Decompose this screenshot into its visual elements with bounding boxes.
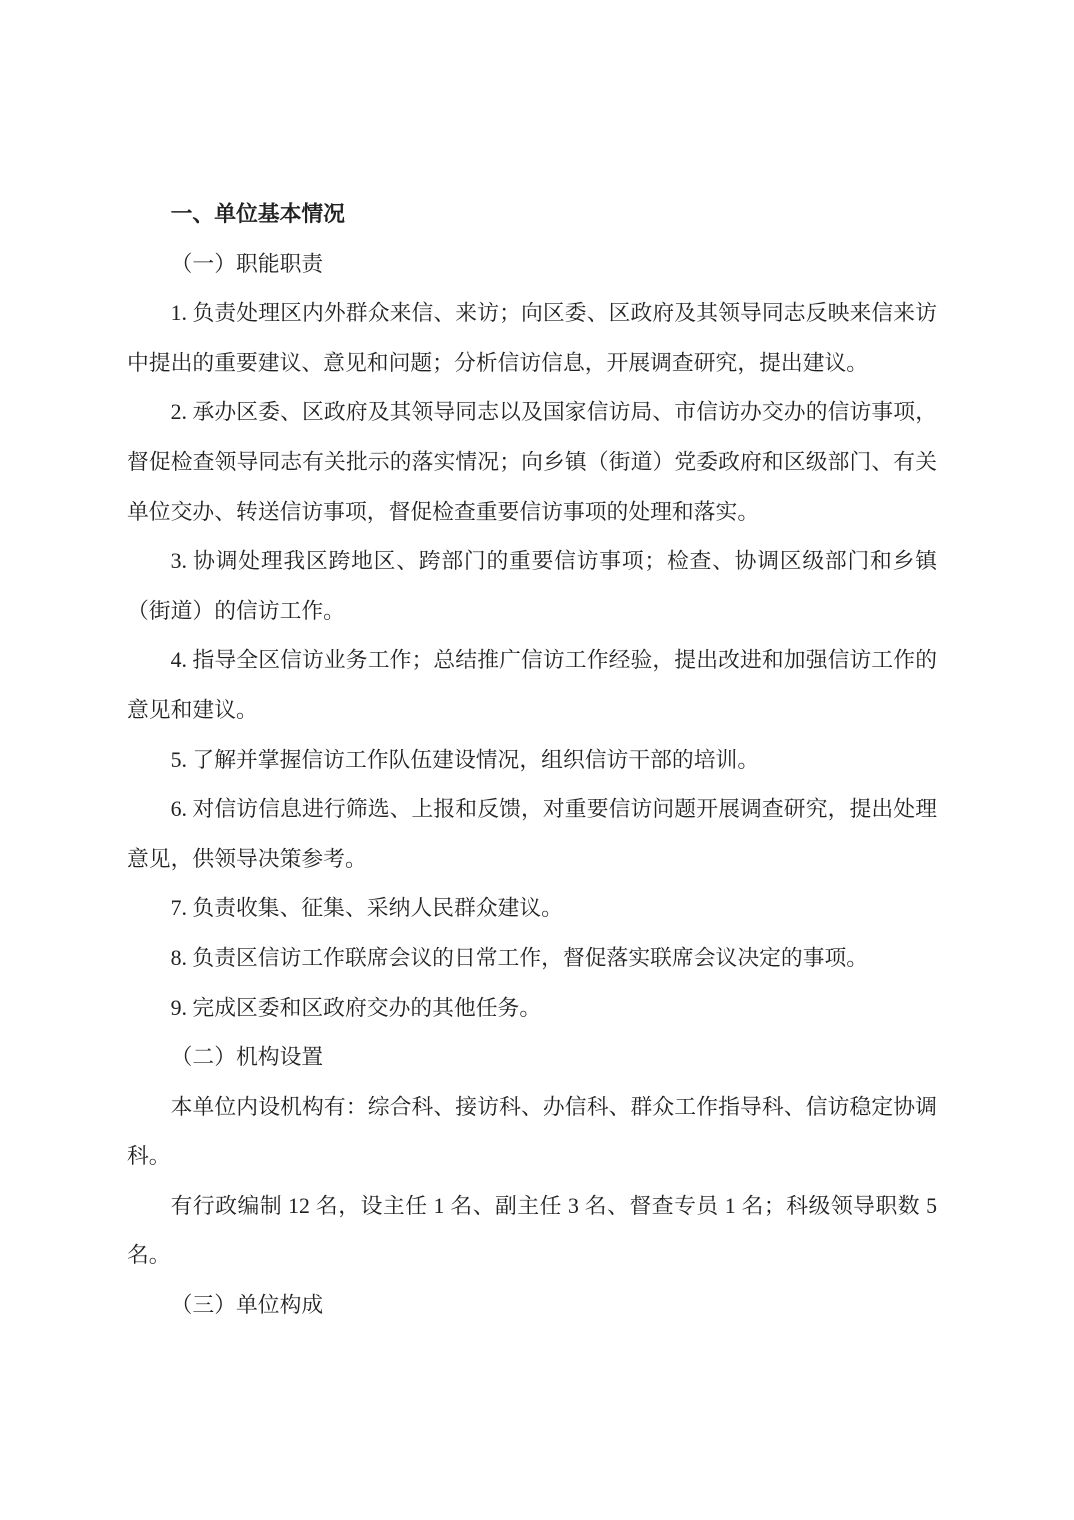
subsection-heading: （二）机构设置 xyxy=(127,1033,937,1083)
subsection-heading: （三）单位构成 xyxy=(127,1281,937,1331)
paragraph-list: （一）职能职责1. 负责处理区内外群众来信、来访；向区委、区政府及其领导同志反映… xyxy=(127,240,937,1331)
body-paragraph: 7. 负责收集、征集、采纳人民群众建议。 xyxy=(127,884,937,934)
document-content: 一、单位基本情况 （一）职能职责1. 负责处理区内外群众来信、来访；向区委、区政… xyxy=(127,190,937,1331)
body-paragraph: 2. 承办区委、区政府及其领导同志以及国家信访局、市信访办交办的信访事项，督促检… xyxy=(127,388,937,537)
body-paragraph: 1. 负责处理区内外群众来信、来访；向区委、区政府及其领导同志反映来信来访中提出… xyxy=(127,289,937,388)
body-paragraph: 本单位内设机构有：综合科、接访科、办信科、群众工作指导科、信访稳定协调科。 xyxy=(127,1083,937,1182)
body-paragraph: 8. 负责区信访工作联席会议的日常工作，督促落实联席会议决定的事项。 xyxy=(127,934,937,984)
body-paragraph: 6. 对信访信息进行筛选、上报和反馈，对重要信访问题开展调查研究，提出处理意见，… xyxy=(127,785,937,884)
body-paragraph: 5. 了解并掌握信访工作队伍建设情况，组织信访干部的培训。 xyxy=(127,736,937,786)
section-heading: 一、单位基本情况 xyxy=(127,190,937,240)
document-page: 一、单位基本情况 （一）职能职责1. 负责处理区内外群众来信、来访；向区委、区政… xyxy=(0,0,1074,1520)
body-paragraph: 有行政编制 12 名，设主任 1 名、副主任 3 名、督查专员 1 名；科级领导… xyxy=(127,1182,937,1281)
subsection-heading: （一）职能职责 xyxy=(127,240,937,290)
body-paragraph: 4. 指导全区信访业务工作；总结推广信访工作经验，提出改进和加强信访工作的意见和… xyxy=(127,636,937,735)
body-paragraph: 9. 完成区委和区政府交办的其他任务。 xyxy=(127,984,937,1034)
body-paragraph: 3. 协调处理我区跨地区、跨部门的重要信访事项；检查、协调区级部门和乡镇（街道）… xyxy=(127,537,937,636)
